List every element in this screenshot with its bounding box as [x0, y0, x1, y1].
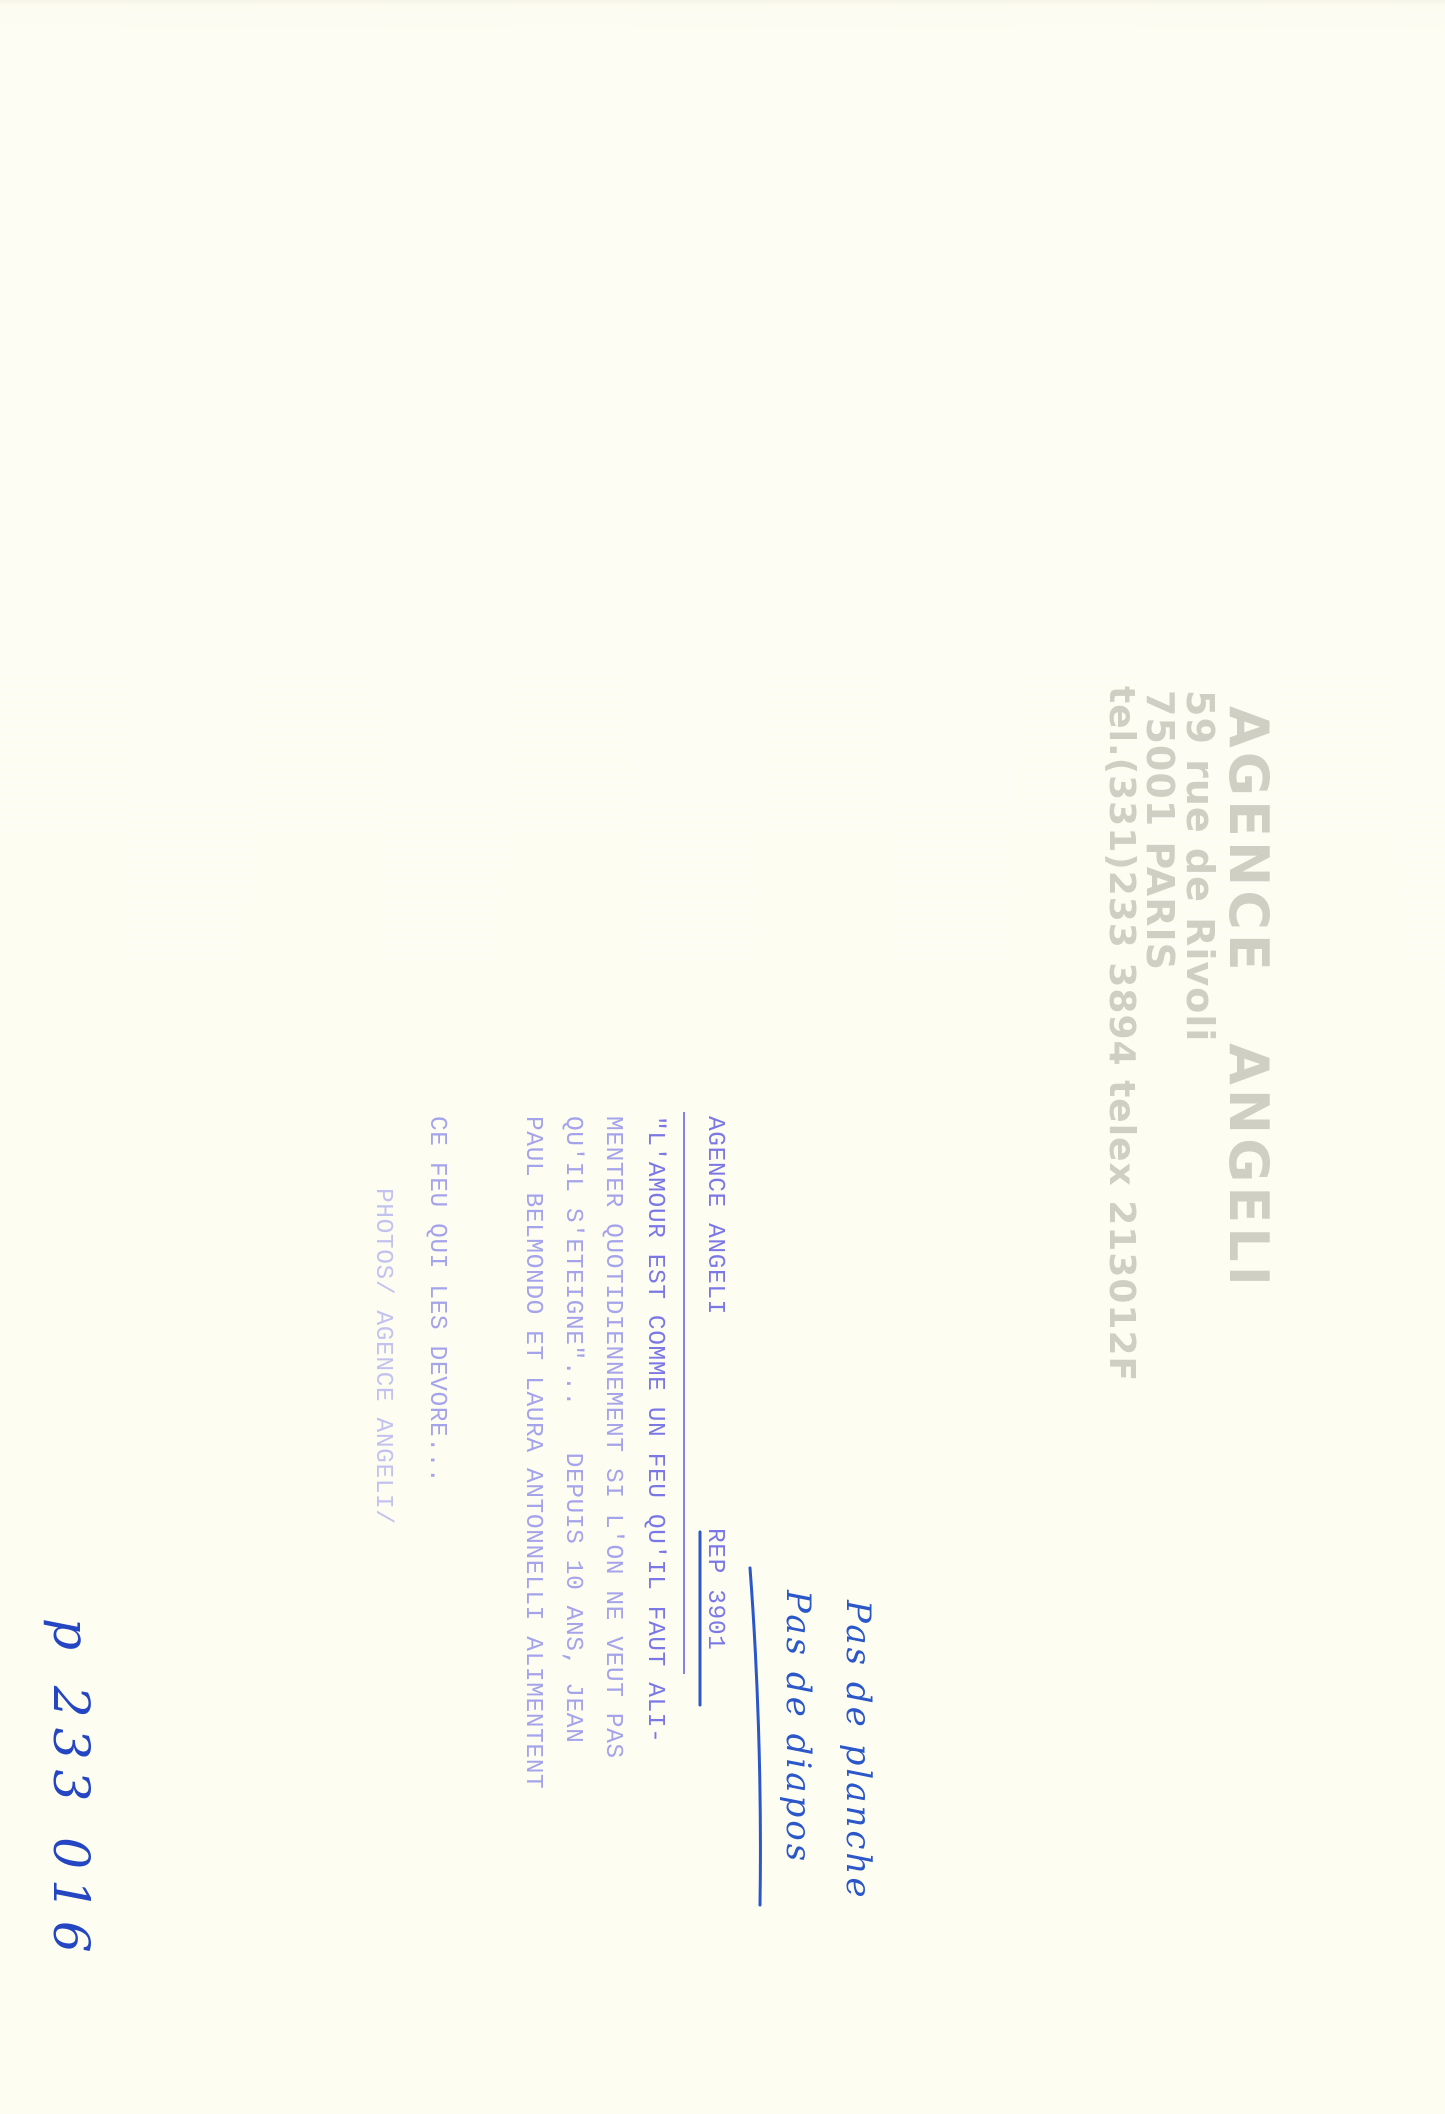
handwritten-underline — [0, 0, 1445, 2114]
handwritten-reference-number: p 233 016 — [42, 1618, 100, 1963]
